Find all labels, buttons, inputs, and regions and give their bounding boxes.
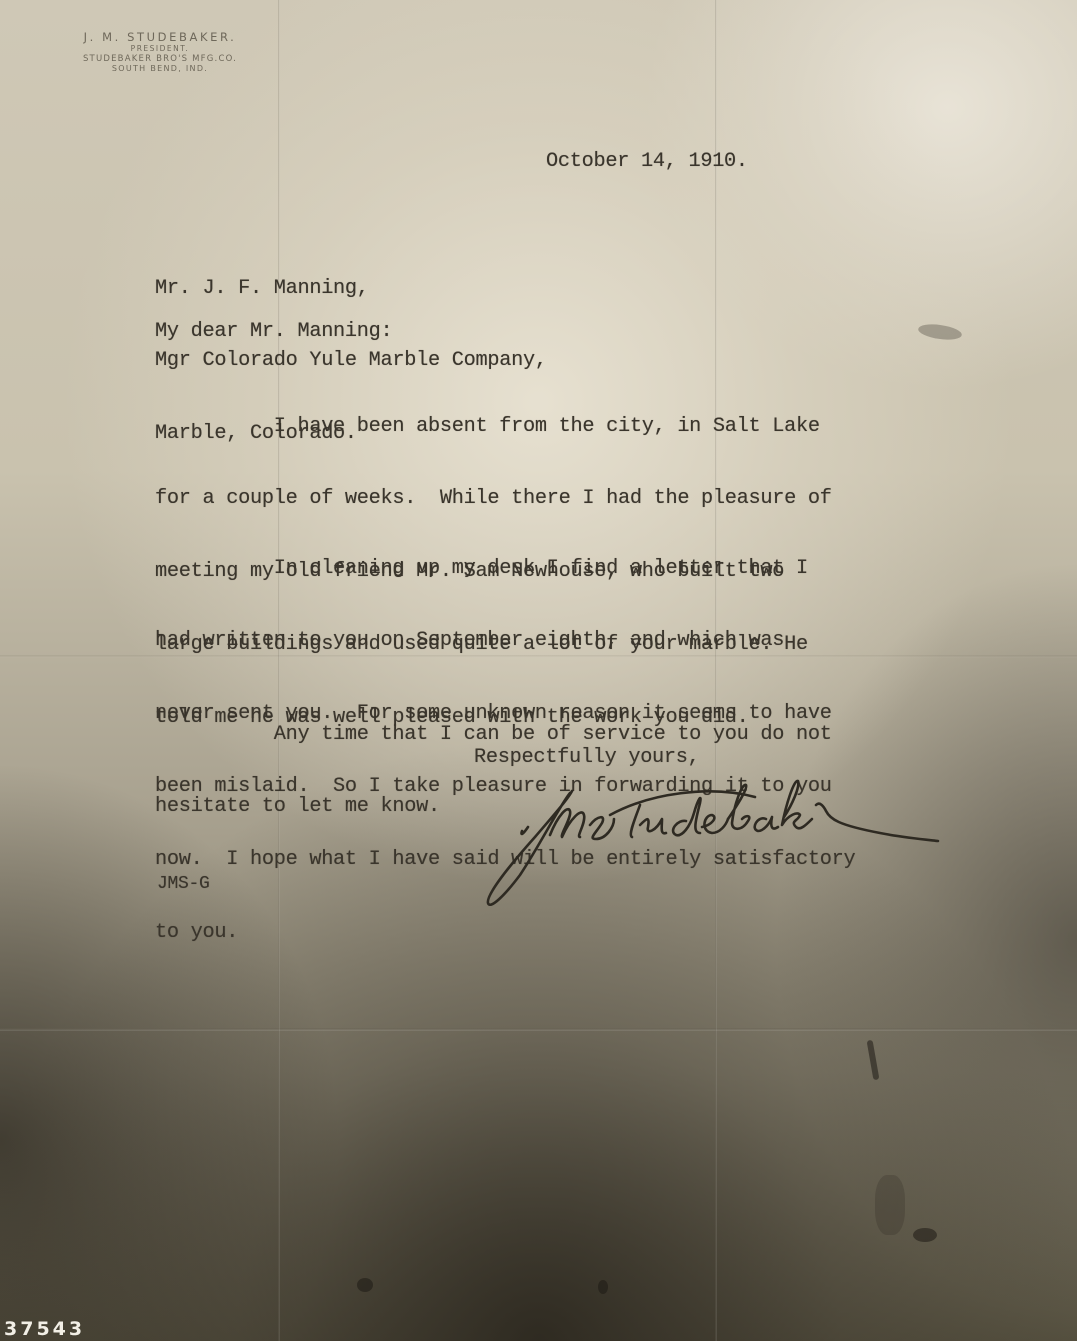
letterhead: J. M. STUDEBAKER. PRESIDENT. STUDEBAKER … [40, 30, 280, 74]
letterhead-company: STUDEBAKER BRO'S MFG.CO. [40, 54, 280, 65]
letterhead-name: J. M. STUDEBAKER. [40, 30, 280, 44]
handwritten-signature [480, 775, 950, 915]
body-line: had written to you on September eighth, … [155, 629, 855, 653]
body-line: to you. [155, 921, 855, 945]
closing: Respectfully yours, [474, 746, 700, 770]
body-line: Any time that I can be of service to you… [155, 723, 832, 747]
letter-date: October 14, 1910. [546, 150, 748, 174]
stain [917, 322, 963, 342]
archive-number: 37543 [4, 1318, 85, 1340]
stain [598, 1280, 608, 1294]
salutation: My dear Mr. Manning: [155, 320, 392, 344]
typist-initials: JMS-G [157, 872, 210, 896]
recipient-name: Mr. J. F. Manning, [155, 277, 547, 301]
ink-mark [867, 1040, 880, 1080]
letter-scan: J. M. STUDEBAKER. PRESIDENT. STUDEBAKER … [0, 0, 1077, 1341]
body-line: I have been absent from the city, in Sal… [155, 415, 832, 439]
stain [913, 1228, 937, 1242]
fold-line-horizontal [0, 1028, 1077, 1031]
fingerprint-smudge [875, 1175, 905, 1235]
letterhead-city: SOUTH BEND, IND. [40, 64, 280, 74]
body-line: In cleaning up my desk I find a letter t… [155, 557, 855, 581]
letterhead-title: PRESIDENT. [40, 44, 280, 53]
stain [357, 1278, 373, 1292]
